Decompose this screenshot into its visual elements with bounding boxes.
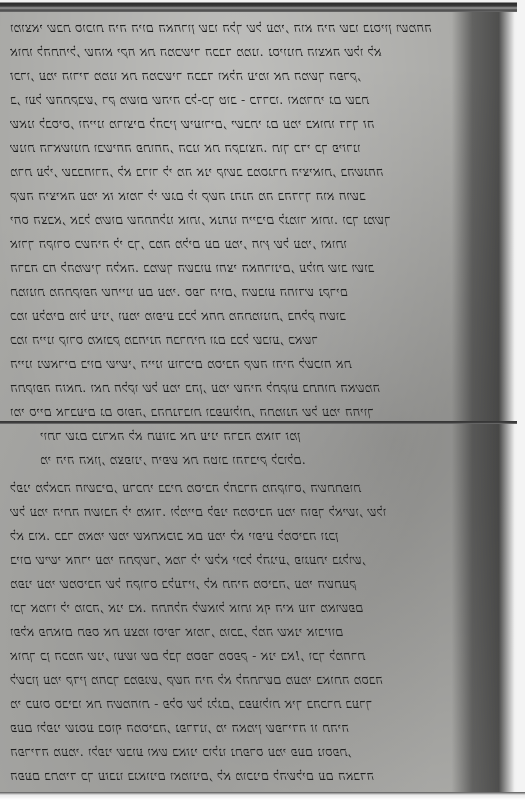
text-line: אותו להתחיל, שהוא יקח את המכשיר הכבד ממנ… [10,42,515,62]
text-line: היינו נשארים ביום שישי, היינו עורכים מסי… [10,354,515,374]
text-line: הרבה כח להמשיך הלאה. במשך השבוע וחצי האח… [10,258,515,278]
text-line: כמו עלמים מול עיני, ועמי מופיע בכל אחת מ… [10,306,515,326]
text-line: הפעם בתמיד כך עזבנו בגאונים ואמונים, לא … [10,766,515,786]
text-line: קשה היציאה עמי אז אומר לי שגם לו קשה נהנ… [10,186,515,206]
text-line: ופלא פתאום תפס את עצמו וסיפר אומר, מוכב,… [10,622,515,642]
text-line: אותך כן הכמה שני, ועשו שם לבך מספר מספק … [10,646,515,666]
text-line: תמונות מהתקופה שחיינו עם עמי. ספר היום, … [10,282,515,302]
handwritten-text-block: ומוצאי שבת סוכות היה היום האחרון שבו הלך… [0,12,525,792]
text-line: ומוצאי שבת סוכות היה היום האחרון שבו הלך… [10,18,515,38]
text-line: יחס הצבא, אבל משום שהתחלנו אותו, אנחנו ח… [10,210,515,230]
text-line: ומי סיים ארבעים גם סופה, בהתנדבות ובפעול… [10,402,515,422]
text-line: לשכון עמי קדין מחכך במפגש, קשה היה לא לה… [10,670,515,690]
text-line: ב, ועל שהתקבש, רק משום שהיה כל-כך טוב - … [10,90,515,110]
scan-bottom-border [0,792,525,800]
scan-top-border [0,0,525,12]
text-line: מי כעוס סביבו את השמחות - פלס של גלגם, ב… [10,694,515,714]
text-line: יותר שגם כנראה לא תעזוב את עיני הרבה מאו… [10,426,515,446]
text-line: מי היה האון, מצפוני, חיפש את הטוב והדביק… [10,450,515,470]
text-line: מרת עלי, שבבחורה, לא ברור לי מה אני קושב… [10,162,515,182]
scanned-letter-page: ומוצאי שבת סוכות היה היום האחרון שבו הלך… [0,0,525,800]
text-line: מפני עמי שמסיבה של הקורס בלעדיו, לא תהיה… [10,574,515,594]
text-line: זכרו, עמי הוריד ממנו את המכשיר הכבד ואלה… [10,66,515,86]
text-line: לפני מלאכה חושבים, ערכתי בבית מסיבה לחבר… [10,478,515,498]
text-line: וכך אמרו לי מוכה, אני בא. התחלה לשאול או… [10,598,515,618]
text-line: אורך הקורס כשהיה לי כך, כמה מלים עם עמי,… [10,234,515,254]
text-line: התקופה הזאת. ואת חלקו של עמי בהן, עמי שה… [10,378,515,398]
text-line: ביום שישי אחרי עמי התקשר, אמר לי שלא יוכ… [10,550,515,570]
text-line: שאנו לבסיס, והיינו מרוצים להכין שיעורים,… [10,114,515,134]
paper-fold-line [0,421,518,424]
text-line: כמו היינו קורס מאובק מבחינה חברתית וגם ב… [10,330,515,350]
text-line: שנות הראשונות ובשיחה פתוחה, הכנו את הקבו… [10,138,515,158]
text-line: לא בוא. כבר מאמי שמי שאתאכזב אם עמי לא י… [10,526,515,546]
text-line: של עמי היתה חשובה לי מאוד. ולמיים לפני ה… [10,502,515,522]
scan-right-margin [517,0,525,800]
text-line: פעם ולפני שנסע בסוף המסיבה, נפרדנו, מי ה… [10,718,515,738]
text-line: הפרידה מעמי. ולפני שבוע ואש באזני כולנו … [10,742,515,762]
